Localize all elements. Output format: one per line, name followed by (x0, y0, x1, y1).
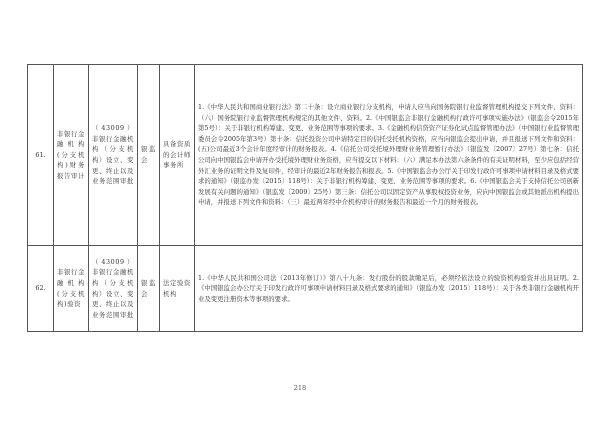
intermediary-service-provider: 法定验资机构 (160, 246, 195, 332)
page-number: 218 (0, 384, 600, 392)
legal-basis: 1.《中华人民共和国商业银行法》第二十条：设立商业银行分支机构，申请人应当向国务… (195, 65, 583, 246)
administrative-approval-table: 61. 非银行金融机构(分支机构)财务报告审计 （43009）非银行金融机构（分… (27, 64, 583, 332)
parent-approval-item: （43009）非银行金融机构（分支机构）设立、变更、终止以及业务范围审批 (89, 246, 138, 332)
approval-authority: 银监会 (138, 65, 160, 246)
row-number: 61. (28, 65, 54, 246)
item-name: 非银行金融机构(分支机构)财务报告审计 (54, 65, 89, 246)
intermediary-service-provider: 具备资质的会计师事务所 (160, 65, 195, 246)
row-number: 62. (28, 246, 54, 332)
parent-approval-item: （43009）非银行金融机构（分支机构）设立、变更、终止以及业务范围审批 (89, 65, 138, 246)
table-row: 62. 非银行金融机构(分支机构)验资 （43009）非银行金融机构（分支机构）… (28, 246, 583, 332)
legal-basis: 1.《中华人民共和国公司法（2013年修订）》第八十九条：发行股份的股款缴足后，… (195, 246, 583, 332)
table-row: 61. 非银行金融机构(分支机构)财务报告审计 （43009）非银行金融机构（分… (28, 65, 583, 246)
document-page: 61. 非银行金融机构(分支机构)财务报告审计 （43009）非银行金融机构（分… (0, 0, 600, 424)
approval-authority: 银监会 (138, 246, 160, 332)
item-name: 非银行金融机构(分支机构)验资 (54, 246, 89, 332)
